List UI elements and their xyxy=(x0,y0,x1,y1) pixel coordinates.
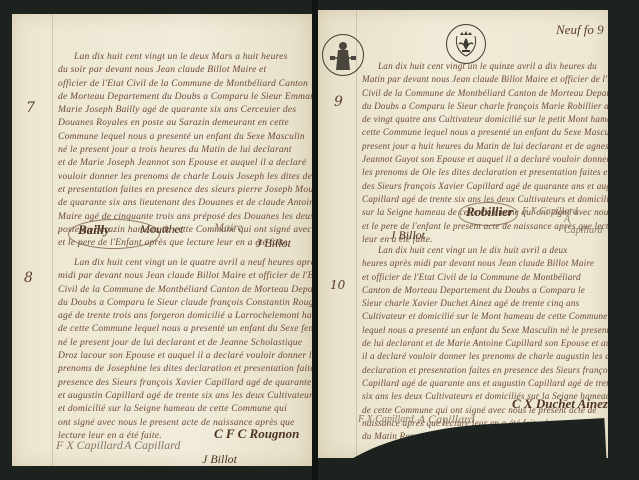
entry-line: Cultivateur et domicilié sur le Mont ham… xyxy=(362,310,608,323)
right-page: Neuf fo 9 9 Lan dix huit cent vingt un l… xyxy=(318,10,608,458)
margin-rule xyxy=(52,14,53,466)
folio-label: Neuf fo 9 xyxy=(556,22,604,38)
entry-line: du Doubs a Comparu le Sieur charle franç… xyxy=(362,100,608,113)
entry-number: 8 xyxy=(24,270,33,286)
entry-line: des Sieurs françois Xavier Capillard agé… xyxy=(362,180,608,193)
entry-line: Matin par devant nous Jean claude Billot… xyxy=(362,73,608,86)
entry-line: Lan dix huit cent vingt un le dix huit a… xyxy=(362,244,608,257)
entry-line: Commune lequel nous a presenté un enfant… xyxy=(58,130,312,143)
signature: Bailly xyxy=(78,222,110,238)
entry-line: midi par devant nous Jean claude Billot … xyxy=(58,269,312,282)
entry-line: Droz lacour son Epouse et auquel il a de… xyxy=(58,349,312,362)
entry-line: prenoms de Josephine les dites declarati… xyxy=(58,362,312,375)
entry-line: Jeannot Guyot son Epouse et auquel il a … xyxy=(362,153,608,166)
signature: A Capillard xyxy=(124,438,180,453)
entry-line: declaration et presentation faites en pr… xyxy=(362,364,608,377)
entry-line: Capillard agé de quarante ans et augusti… xyxy=(362,377,608,390)
entry-line: né le present jour de lui declarant et d… xyxy=(58,336,312,349)
figure-seal-icon xyxy=(328,38,358,72)
entry-line: de Morteau Departement du Doubs a Compar… xyxy=(58,90,312,103)
entry-line: lequel nous a presenté un enfant du Sexe… xyxy=(362,324,608,337)
fleur-de-lis-icon xyxy=(454,30,478,58)
entry-line: Civil de la Commune de Montbéliard Canto… xyxy=(58,283,312,296)
signature: J Billot xyxy=(390,228,425,243)
allegorical-seal-stamp xyxy=(322,34,364,76)
entry-line: Lan dix huit cent vingt un le quatre avr… xyxy=(58,256,312,269)
entry-line: et domicilié sur la Seigne hameau de cet… xyxy=(58,402,312,415)
entry-line: present jour a huit heures du Matin de l… xyxy=(362,140,608,153)
entry-line: Marie Joseph Bailly agé de quarante six … xyxy=(58,103,312,116)
entry-line: et presentation faites en presence des s… xyxy=(58,183,312,196)
entry-line: Lan dix huit cent vingt un le deux Mars … xyxy=(58,50,312,63)
entry-line: de vingt quatre ans Cultivateur domicili… xyxy=(362,113,608,126)
entry-line: de lui declarant et de Marie Antoine Cap… xyxy=(362,337,608,350)
signature: J Billot xyxy=(494,438,529,453)
signature: C F C Rougnon xyxy=(214,426,299,442)
entry-line: du Doubs a Comparu le Sieur claude franç… xyxy=(58,296,312,309)
entry-line: Douanes Royales en poste au Sarazin deme… xyxy=(58,116,312,129)
entry-line: Lan dix huit cent vingt un le quinze avr… xyxy=(362,60,608,73)
royal-fleur-de-lis-seal-stamp xyxy=(446,24,486,64)
entry-line: Sieur charle Xavier Duchet Ainez agé de … xyxy=(362,297,608,310)
entry-line: officier de l'Etat Civil de la Commune d… xyxy=(58,77,312,90)
entry-line: et de Marie Joseph Jeannot son Epouse et… xyxy=(58,156,312,169)
entry-line: né le present jour a trois heures du Mat… xyxy=(58,143,312,156)
entry-line: les prenoms de Ole les dites declaration… xyxy=(362,166,608,179)
signature: Maire xyxy=(214,220,243,235)
signature: J Billot xyxy=(202,452,237,466)
entry-number: 10 xyxy=(330,278,345,292)
signature: C X Duchet Ainez xyxy=(512,396,608,412)
left-page: 7 Lan dix huit cent vingt un le deux Mar… xyxy=(12,14,312,466)
signature: J Billot xyxy=(256,236,291,251)
entry-line: du soir par devant nous Jean claude Bill… xyxy=(58,63,312,76)
entry-line: du Matin Renvoye approuvé xyxy=(362,430,608,443)
signature: A Capillard xyxy=(418,412,474,427)
entry-line: il a declaré vouloir donner les prenoms … xyxy=(362,350,608,363)
entry-number: 7 xyxy=(26,100,35,116)
entry-line: presence des Sieurs françois Xavier Capi… xyxy=(58,376,312,389)
entry-line: Civil de la Commune de Montbéliard Canto… xyxy=(362,87,608,100)
entry-line: de quarante six ans lieutenant des Douan… xyxy=(58,196,312,209)
signature: Moutthet xyxy=(140,222,183,237)
entry-line: cette Commune lequel nous a presenté un … xyxy=(362,126,608,139)
entry-line: et augustin Capillard agé de trente six … xyxy=(58,389,312,402)
signature: F X Capillard xyxy=(358,414,414,425)
entry-number: 9 xyxy=(334,94,343,110)
entry-line: de cette Commune lequel nous a presenté … xyxy=(58,322,312,335)
entry-line: vouloir donner les prenoms de charle Lou… xyxy=(58,170,312,183)
signature: F X Capillard xyxy=(56,438,123,453)
entry-line: heures après midi par devant nous Jean c… xyxy=(362,257,608,270)
margin-rule xyxy=(356,10,357,458)
signature: Robillier xyxy=(466,204,513,220)
birth-entry-8: Lan dix huit cent vingt un le quatre avr… xyxy=(58,256,312,442)
entry-line: agé de trente trois ans forgeron domicil… xyxy=(58,309,312,322)
entry-line: et officier de l'Etat Civil de la Commun… xyxy=(362,271,608,284)
entry-line: Canton de Morteau Departement du Doubs a… xyxy=(362,284,608,297)
signature: A Capillard xyxy=(564,214,608,236)
